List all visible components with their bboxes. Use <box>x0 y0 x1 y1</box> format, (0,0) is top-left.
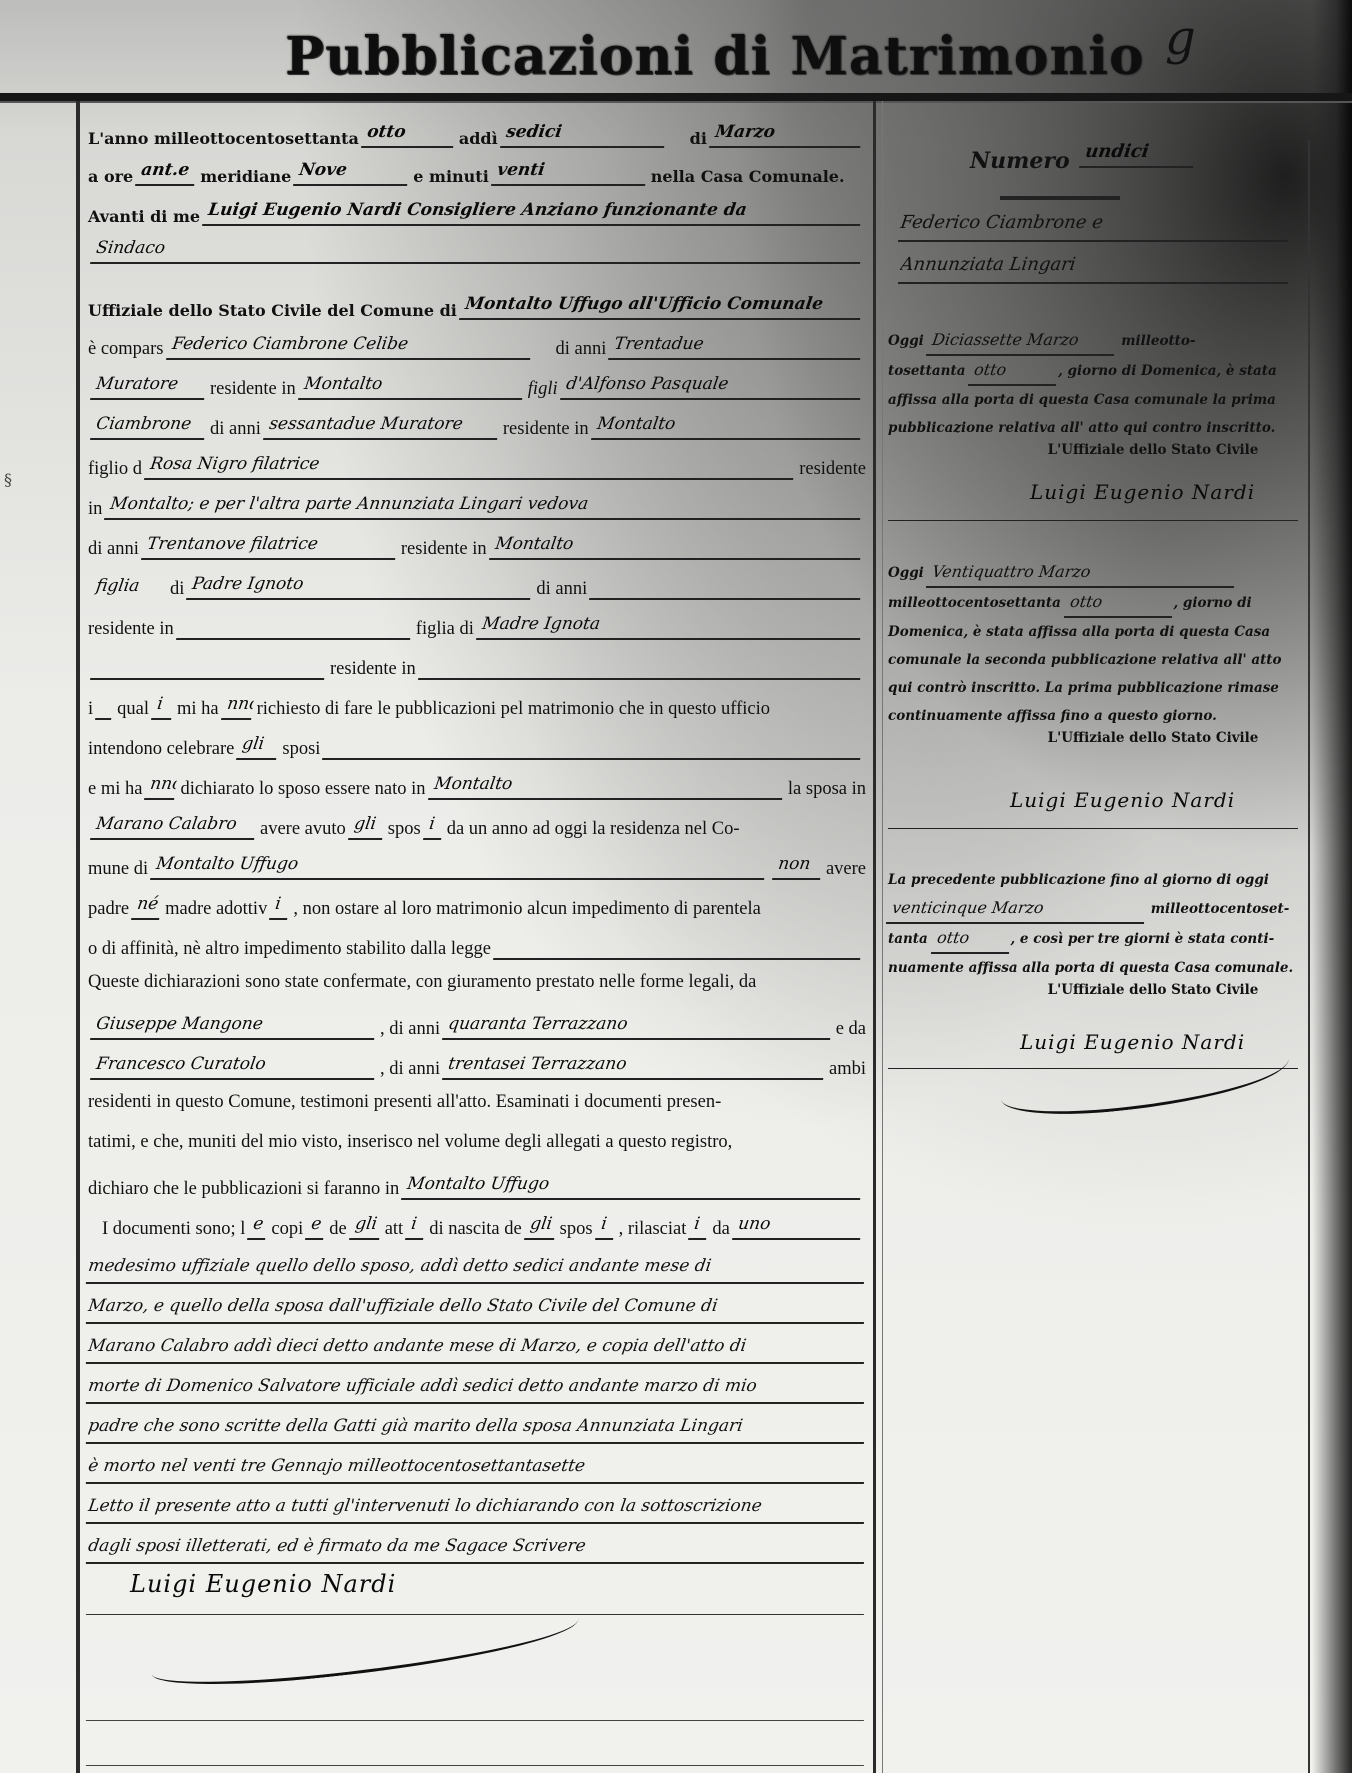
field-groom-residence: Montalto <box>298 372 526 400</box>
printed-text: tanta <box>888 931 928 947</box>
field-second-year: otto <box>1063 588 1175 618</box>
spouse-names-line-2: Annunziata Lingari <box>898 254 1292 284</box>
field-time-period: ant.e <box>135 158 198 186</box>
officiant-signature: Luigi Eugenio Nardi <box>130 1570 396 1598</box>
printed-text: nella Casa Comunale. <box>651 167 845 186</box>
field-conjunction: né <box>131 892 163 920</box>
printed-text: addì <box>459 129 498 148</box>
field-bride-father-residence <box>176 612 414 640</box>
field-witness-1-name: Giuseppe Mangone <box>90 1012 378 1040</box>
officer-title: L'Uffiziale dello Stato Civile <box>1008 442 1298 458</box>
officer-title: L'Uffiziale dello Stato Civile <box>1008 730 1298 746</box>
field-day: sedici <box>500 120 668 148</box>
field-bride-father-age <box>589 572 864 600</box>
blank-line <box>86 1690 868 1721</box>
line-request: i qual i mi ha nno richiesto di fare le … <box>88 692 866 720</box>
field-groom-mother: Rosa Nigro filatrice <box>144 452 797 480</box>
record-number: Numero undici <box>970 140 1199 174</box>
field-suffix: e <box>247 1212 269 1240</box>
field-issuer: uno <box>732 1212 864 1240</box>
printed-text: a ore <box>88 167 133 186</box>
field-witness-2-age: trentasei Terrazzano <box>442 1052 827 1080</box>
field-suffix: i <box>688 1212 710 1240</box>
printed-text: I documenti sono; l <box>102 1219 245 1240</box>
field-groom-father-residence: Montalto <box>591 412 864 440</box>
printed-text: padre <box>88 899 129 920</box>
field-bride-mother-residence <box>418 652 864 680</box>
printed-text: La precedente pubblicazione fino al gior… <box>888 872 1269 888</box>
numero-value: undici <box>1079 140 1197 168</box>
printed-text: i <box>88 699 93 720</box>
second-publication: Oggi Ventiquattro Marzo milleottocentose… <box>888 558 1298 746</box>
spouse-names-line-1: Federico Ciambrone e <box>898 212 1292 242</box>
column-divider-thin <box>882 101 883 1773</box>
line-groom-father: Ciambrone di anni sessantadue Muratore r… <box>88 412 866 440</box>
field-suffix: i <box>423 812 445 840</box>
line-groom-mother: figlio d Rosa Nigro filatrice residente <box>88 452 866 480</box>
field-bride-birthplace: Marano Calabro <box>90 812 258 840</box>
page-edge-shadow <box>1312 0 1352 1773</box>
margin-mark: § <box>4 470 12 489</box>
handwritten-line: medesimo uffiziale quello dello sposo, a… <box>86 1252 868 1284</box>
printed-text: spos <box>388 819 421 840</box>
field-suffix: e <box>305 1212 327 1240</box>
line-publications-place: dichiaro che le pubblicazioni si faranno… <box>88 1172 866 1200</box>
printed-text: Oggi <box>888 333 924 349</box>
document-title: Pubblicazioni di Matrimonio <box>285 26 1145 87</box>
line-comune-residence: mune di Montalto Uffugo non avere <box>88 852 866 880</box>
printed-text: continuamente affissa fino a questo gior… <box>888 708 1217 724</box>
field-hour: Nove <box>293 158 411 186</box>
handwritten-line: Marano Calabro addì dieci detto andante … <box>86 1332 868 1364</box>
printed-text: di anni <box>556 339 607 360</box>
field-suffix: nno <box>221 692 255 720</box>
field-publication-place: Montalto Uffugo <box>401 1172 864 1200</box>
line-birthplaces: e mi ha nno dichiarato lo sposo essere n… <box>88 772 866 800</box>
field-blank <box>322 732 863 760</box>
printed-text: milleottocentoset- <box>1151 901 1290 917</box>
printed-text: di <box>170 579 184 600</box>
line-groom-residence: Muratore residente in Montalto figli d'A… <box>88 372 866 400</box>
field-suffix: i <box>405 1212 427 1240</box>
printed-text: affissa alla porta di questa Casa comuna… <box>888 392 1276 408</box>
field-bride-age: Trentanove filatrice <box>141 532 399 560</box>
printed-text: figlio d <box>88 459 142 480</box>
printed-text: tosettanta <box>888 363 965 379</box>
printed-text: , e così per tre giorni è stata conti- <box>1011 931 1275 947</box>
printed-text: o di affinità, nè altro impedimento stab… <box>88 939 491 960</box>
printed-text: in <box>88 499 102 520</box>
line-bride-father: figlia di Padre Ignoto di anni <box>88 572 866 600</box>
field-suffix: i <box>151 692 175 720</box>
printed-text: att <box>385 1219 404 1240</box>
field-groom-father-surname: Ciambrone <box>90 412 208 440</box>
printed-text: residente in <box>210 379 296 400</box>
field-groom-birthplace: Montalto <box>428 772 786 800</box>
field-figlia: figlia <box>90 574 168 600</box>
line-residents: residenti in questo Comune, testimoni pr… <box>88 1092 866 1113</box>
printed-text: meridiane <box>200 167 291 186</box>
printed-text: spos <box>560 1219 593 1240</box>
printed-text: , giorno di <box>1174 595 1252 611</box>
line-officiant-cont: Sindaco <box>88 236 866 264</box>
field-third-year: otto <box>930 924 1012 954</box>
printed-text: figli <box>528 379 558 400</box>
printed-text: dichiarato lo sposo essere nato in <box>180 779 425 800</box>
printed-text: comunale la seconda pubblicazione relati… <box>888 652 1282 668</box>
printed-text: di nascita de <box>429 1219 521 1240</box>
field-groom-name: Federico Ciambrone Celibe <box>166 332 534 360</box>
printed-text: , giorno di Domenica, è stata <box>1058 363 1277 379</box>
page-edge-line <box>1308 140 1310 1773</box>
printed-text: qui contrò inscritto. La prima pubblicaz… <box>888 680 1279 696</box>
field-second-date: Ventiquattro Marzo <box>926 558 1238 588</box>
handwritten-line: dagli sposi illetterati, ed è firmato da… <box>86 1532 868 1564</box>
printed-text: tatimi, e che, muniti del mio visto, ins… <box>88 1132 732 1153</box>
printed-text: intendono celebrare <box>88 739 234 760</box>
printed-text: L'anno milleottocentosettanta <box>88 129 359 148</box>
printed-text: residente in <box>401 539 487 560</box>
printed-text: avere avuto <box>260 819 346 840</box>
printed-text: la sposa in <box>788 779 866 800</box>
printed-text: ambi <box>829 1059 866 1080</box>
printed-text: , di anni <box>380 1059 440 1080</box>
field-groom-age: Trentadue <box>608 332 864 360</box>
header-rule <box>0 93 1352 101</box>
line-bride: in Montalto; e per l'altra parte Annunzi… <box>88 492 866 520</box>
printed-text: milleottocentosettanta <box>888 595 1061 611</box>
field-blank <box>90 652 328 680</box>
line-celebrate: intendono celebrare gli sposi <box>88 732 866 760</box>
field-article: gli <box>236 732 280 760</box>
field-suffix: nno <box>144 772 178 800</box>
printed-text: figlia di <box>416 619 474 640</box>
field-groom-father-age: sessantadue Muratore <box>263 412 501 440</box>
handwritten-line: Marzo, e quello della sposa dall'uffizia… <box>86 1292 868 1324</box>
printed-text: Uffiziale dello Stato Civile del Comune … <box>88 301 457 320</box>
handwritten-line: padre che sono scritte della Gatti già m… <box>86 1412 868 1444</box>
field-groom-father: d'Alfonso Pasquale <box>560 372 864 400</box>
field-groom-profession: Muratore <box>90 372 208 400</box>
printed-text: milleotto- <box>1121 333 1195 349</box>
field-negation: non <box>772 852 824 880</box>
printed-text: qual <box>117 699 149 720</box>
field-bride-residence: Montalto <box>489 532 864 560</box>
printed-text: di anni <box>88 539 139 560</box>
line-year-date: L'anno milleottocentosettanta otto addì … <box>88 120 866 148</box>
line-adoptive: padre né madre adottiv i , non ostare al… <box>88 892 866 920</box>
printed-text: Avanti di me <box>88 207 200 226</box>
numero-label: Numero <box>970 148 1070 174</box>
officer-title: L'Uffiziale dello Stato Civile <box>1008 982 1298 998</box>
numero-underline <box>1000 196 1120 200</box>
line-confirmed: Queste dichiarazioni sono state conferma… <box>88 972 866 993</box>
printed-text: Domenica, è stata affissa alla porta di … <box>888 624 1270 640</box>
section-rule <box>888 828 1298 829</box>
printed-text: , di anni <box>380 1019 440 1040</box>
section-rule <box>888 520 1298 521</box>
printed-text: sposi <box>282 739 320 760</box>
line-time: a ore ant.e meridiane Nove e minuti vent… <box>88 158 866 186</box>
printed-text: de <box>329 1219 346 1240</box>
field-suffix: gli <box>349 1212 383 1240</box>
printed-text: nuamente affissa alla porta di questa Ca… <box>888 960 1293 976</box>
field-suffix: i <box>595 1212 617 1240</box>
printed-text: residente in <box>503 419 589 440</box>
printed-text: residente in <box>330 659 416 680</box>
printed-text: è compars <box>88 339 164 360</box>
printed-text: pubblicazione relativa all' atto qui con… <box>888 420 1275 436</box>
corner-handwritten-mark: g <box>1165 10 1196 66</box>
printed-text: richiesto di fare le pubblicazioni pel m… <box>257 699 770 720</box>
printed-text: Queste dichiarazioni sono state conferma… <box>88 972 756 993</box>
field-suffix: i <box>269 892 291 920</box>
field-article: gli <box>348 812 386 840</box>
printed-text: dichiaro che le pubblicazioni si faranno… <box>88 1179 399 1200</box>
printed-text: di anni <box>536 579 587 600</box>
third-publication: La precedente pubblicazione fino al gior… <box>888 866 1298 998</box>
line-documents: I documenti sono; l e copi e de gli att … <box>88 1212 866 1240</box>
handwritten-line: è morto nel venti tre Gennajo milleottoc… <box>86 1452 868 1484</box>
field-bride-mother: Madre Ignota <box>476 612 864 640</box>
field-first-year: otto <box>968 356 1060 386</box>
line-attached: tatimi, e che, muniti del mio visto, ins… <box>88 1132 866 1153</box>
field-officiant-name: Luigi Eugenio Nardi Consigliere Anziano … <box>202 198 864 226</box>
field-year: otto <box>361 120 457 148</box>
field-bride-name: Montalto; e per l'altra parte Annunziata… <box>104 492 864 520</box>
line-witness-1: Giuseppe Mangone , di anni quaranta Terr… <box>88 1012 866 1040</box>
field-witness-2-name: Francesco Curatolo <box>90 1052 378 1080</box>
printed-text: mune di <box>88 859 148 880</box>
left-frame-rule <box>76 101 80 1773</box>
line-residence-year: Marano Calabro avere avuto gli spos i da… <box>88 812 866 840</box>
printed-text: di anni <box>210 419 261 440</box>
field-minutes: venti <box>491 158 649 186</box>
field-bride-father: Padre Ignoto <box>186 572 534 600</box>
line-groom: è compars Federico Ciambrone Celibe di a… <box>88 332 866 360</box>
line-officiant: Avanti di me Luigi Eugenio Nardi Consigl… <box>88 198 866 226</box>
printed-text: e minuti <box>413 167 489 186</box>
field-witness-1-age: quaranta Terrazzano <box>442 1012 833 1040</box>
field-suffix <box>95 692 115 720</box>
field-comune: Montalto Uffugo all'Ufficio Comunale <box>459 292 864 320</box>
printed-text: copi <box>271 1219 303 1240</box>
printed-text: residenti in questo Comune, testimoni pr… <box>88 1092 721 1113</box>
printed-text: e mi ha <box>88 779 142 800</box>
printed-text: , non ostare al loro matrimonio alcun im… <box>293 899 761 920</box>
line-bride-mother: residente in figlia di Madre Ignota <box>88 612 866 640</box>
field-first-date: Diciassette Marzo <box>926 326 1118 356</box>
column-divider <box>873 101 876 1773</box>
handwritten-line: morte di Domenico Salvatore ufficiale ad… <box>86 1372 868 1404</box>
first-signature: Luigi Eugenio Nardi <box>1030 480 1255 504</box>
printed-text: e da <box>836 1019 866 1040</box>
handwritten-line: Letto il presente atto a tutti gl'interv… <box>86 1492 868 1524</box>
printed-text: avere <box>826 859 866 880</box>
line-bride-mother-residence: residente in <box>88 652 866 680</box>
printed-text: Oggi <box>888 565 924 581</box>
field-third-date: venticinque Marzo <box>886 894 1148 924</box>
first-publication: Oggi Diciassette Marzo milleotto- tosett… <box>888 326 1298 458</box>
field-suffix: gli <box>524 1212 558 1240</box>
printed-text: madre adottiv <box>165 899 267 920</box>
line-comune: Uffiziale dello Stato Civile del Comune … <box>88 292 866 320</box>
printed-text: di <box>690 129 707 148</box>
second-signature: Luigi Eugenio Nardi <box>1010 788 1235 812</box>
field-blank <box>493 932 864 960</box>
printed-text: da <box>712 1219 729 1240</box>
blank-line <box>86 1735 868 1766</box>
printed-text: , rilasciat <box>619 1219 687 1240</box>
printed-text: residente in <box>88 619 174 640</box>
field-month: Marzo <box>709 120 864 148</box>
line-witness-2: Francesco Curatolo , di anni trentasei T… <box>88 1052 866 1080</box>
field-officiant-title: Sindaco <box>90 236 864 264</box>
printed-text: mi ha <box>177 699 219 720</box>
line-affinity: o di affinità, nè altro impedimento stab… <box>88 932 866 960</box>
field-residence-comune: Montalto Uffugo <box>150 852 768 880</box>
printed-text: residente <box>799 459 866 480</box>
line-bride-age: di anni Trentanove filatrice residente i… <box>88 532 866 560</box>
printed-text: da un anno ad oggi la residenza nel Co- <box>447 819 740 840</box>
